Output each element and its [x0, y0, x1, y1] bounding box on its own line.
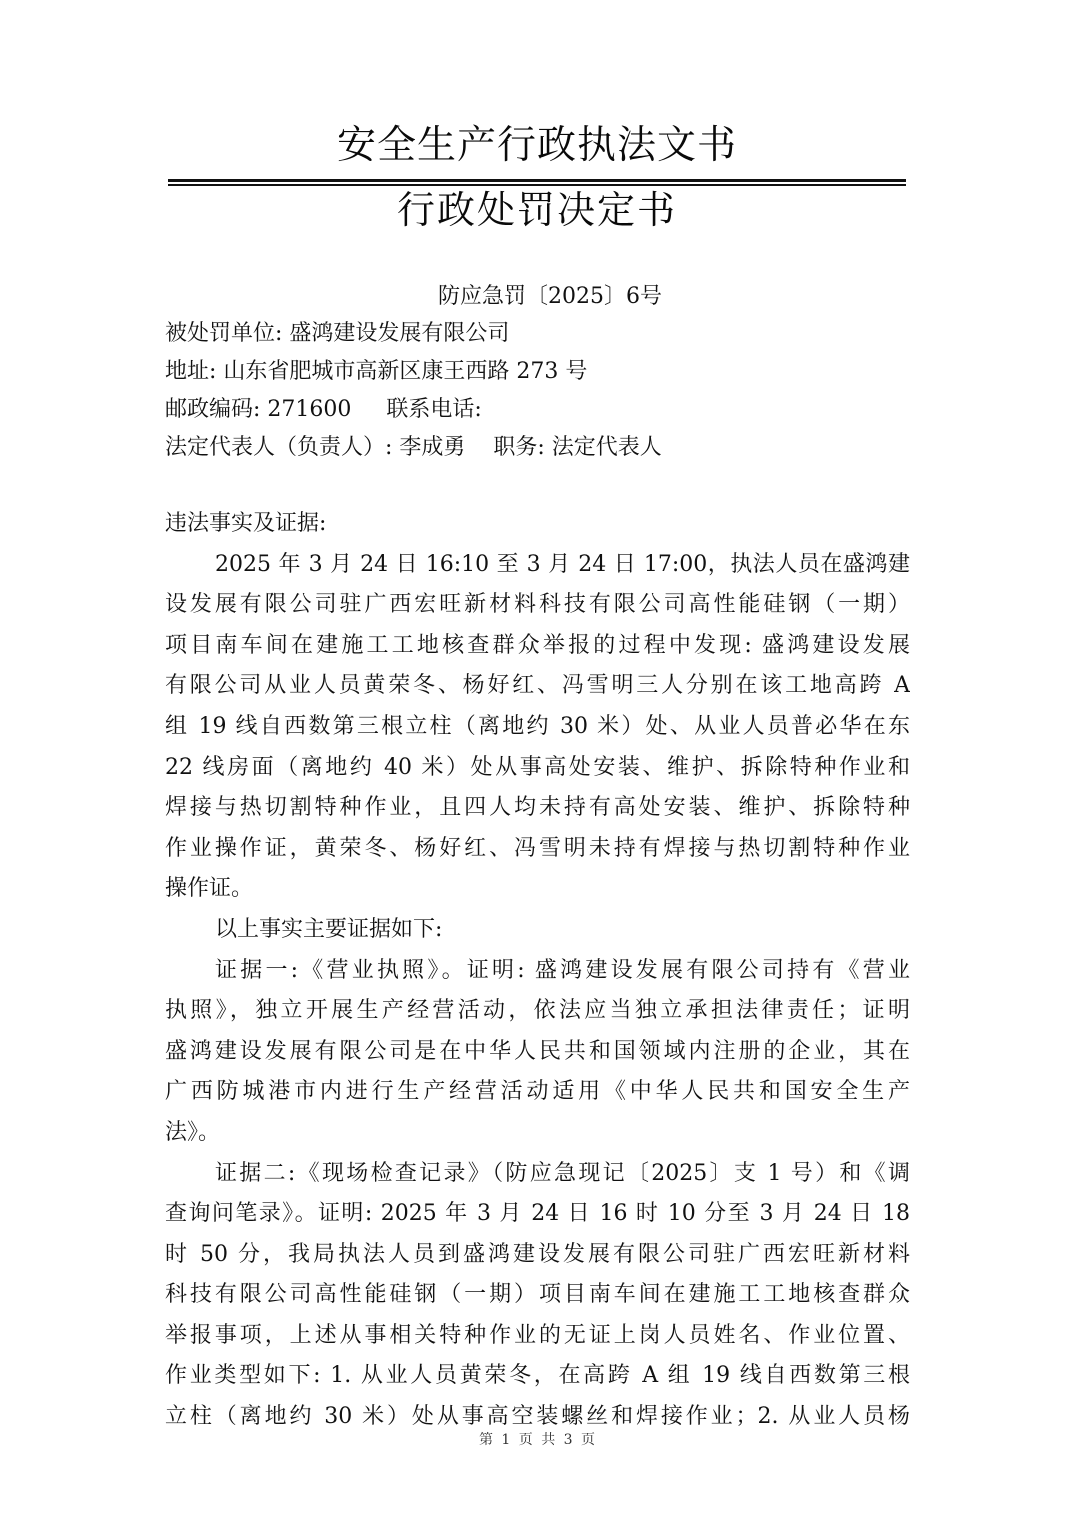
- document-page: 安全生产行政执法文书 行政处罚决定书 防应急罚〔2025〕6号 被处罚单位: 盛…: [0, 0, 1074, 1520]
- evidence-one-line: 法》。: [165, 1116, 910, 1157]
- body-line: 操作证。: [165, 872, 910, 913]
- document-type-title: 行政处罚决定书: [0, 184, 1074, 236]
- evidence-two-line: 举报事项，上述从事相关特种作业的无证上岗人员姓名、作业位置、: [165, 1319, 910, 1360]
- evidence-one-line: 广西防城港市内进行生产经营活动适用《中华人民共和国安全生产: [165, 1075, 910, 1116]
- body-line: 项目南车间在建施工工地核查群众举报的过程中发现: 盛鸿建设发展: [165, 629, 910, 670]
- body-line: 组 19 线自西数第三根立柱（离地约 30 米）处、从业人员普必华在东: [165, 710, 910, 751]
- penalized-unit: 被处罚单位: 盛鸿建设发展有限公司: [165, 318, 910, 356]
- postal-code-and-phone: 邮政编码: 271600 联系电话:: [165, 394, 910, 432]
- body-line: 设发展有限公司驻广西宏旺新材料科技有限公司高性能硅钢（一期）: [165, 588, 910, 629]
- body-line: 22 线房面（离地约 40 米）处从事高处安装、维护、拆除特种作业和: [165, 751, 910, 792]
- evidence-one-line: 证据一:《营业执照》。证明: 盛鸿建设发展有限公司持有《营业: [165, 954, 910, 995]
- evidence-intro: 以上事实主要证据如下:: [165, 913, 910, 954]
- violation-facts-section: 违法事实及证据: 2025 年 3 月 24 日 16:10 至 3 月 24 …: [165, 507, 910, 1441]
- section-heading: 违法事实及证据:: [165, 507, 910, 548]
- evidence-one-line: 盛鸿建设发展有限公司是在中华人民共和国领域内注册的企业，其在: [165, 1035, 910, 1076]
- page-footer: 第 1 页 共 3 页: [0, 1430, 1074, 1450]
- evidence-two-line: 证据二:《现场检查记录》（防应急现记〔2025〕支 1 号）和《调: [165, 1157, 910, 1198]
- body-line: 焊接与热切割特种作业，且四人均未持有高处安装、维护、拆除特种: [165, 791, 910, 832]
- document-number: 防应急罚〔2025〕6号: [26, 281, 1074, 313]
- rule-thick-line: [168, 179, 906, 182]
- body-line: 2025 年 3 月 24 日 16:10 至 3 月 24 日 17:00，执…: [165, 548, 910, 589]
- body-line: 作业操作证，黄荣冬、杨好红、冯雪明未持有焊接与热切割特种作业: [165, 832, 910, 873]
- evidence-one-line: 执照》，独立开展生产经营活动，依法应当独立承担法律责任；证明: [165, 994, 910, 1035]
- address: 地址: 山东省肥城市高新区康王西路 273 号: [165, 356, 910, 394]
- evidence-two-line: 时 50 分，我局执法人员到盛鸿建设发展有限公司驻广西宏旺新材料: [165, 1238, 910, 1279]
- legal-representative: 法定代表人（负责人）: 李成勇 职务: 法定代表人: [165, 432, 910, 470]
- body-line: 有限公司从业人员黄荣冬、杨好红、冯雪明三人分别在该工地高跨 A: [165, 669, 910, 710]
- evidence-two-line: 作业类型如下: 1. 从业人员黄荣冬，在高跨 A 组 19 线自西数第三根: [165, 1359, 910, 1400]
- party-info-block: 被处罚单位: 盛鸿建设发展有限公司 地址: 山东省肥城市高新区康王西路 273 …: [165, 318, 910, 470]
- evidence-two-line: 查询问笔录》。证明: 2025 年 3 月 24 日 16 时 10 分至 3 …: [165, 1197, 910, 1238]
- evidence-two-line: 科技有限公司高性能硅钢（一期）项目南车间在建施工工地核查群众: [165, 1278, 910, 1319]
- document-category-title: 安全生产行政执法文书: [0, 120, 1074, 172]
